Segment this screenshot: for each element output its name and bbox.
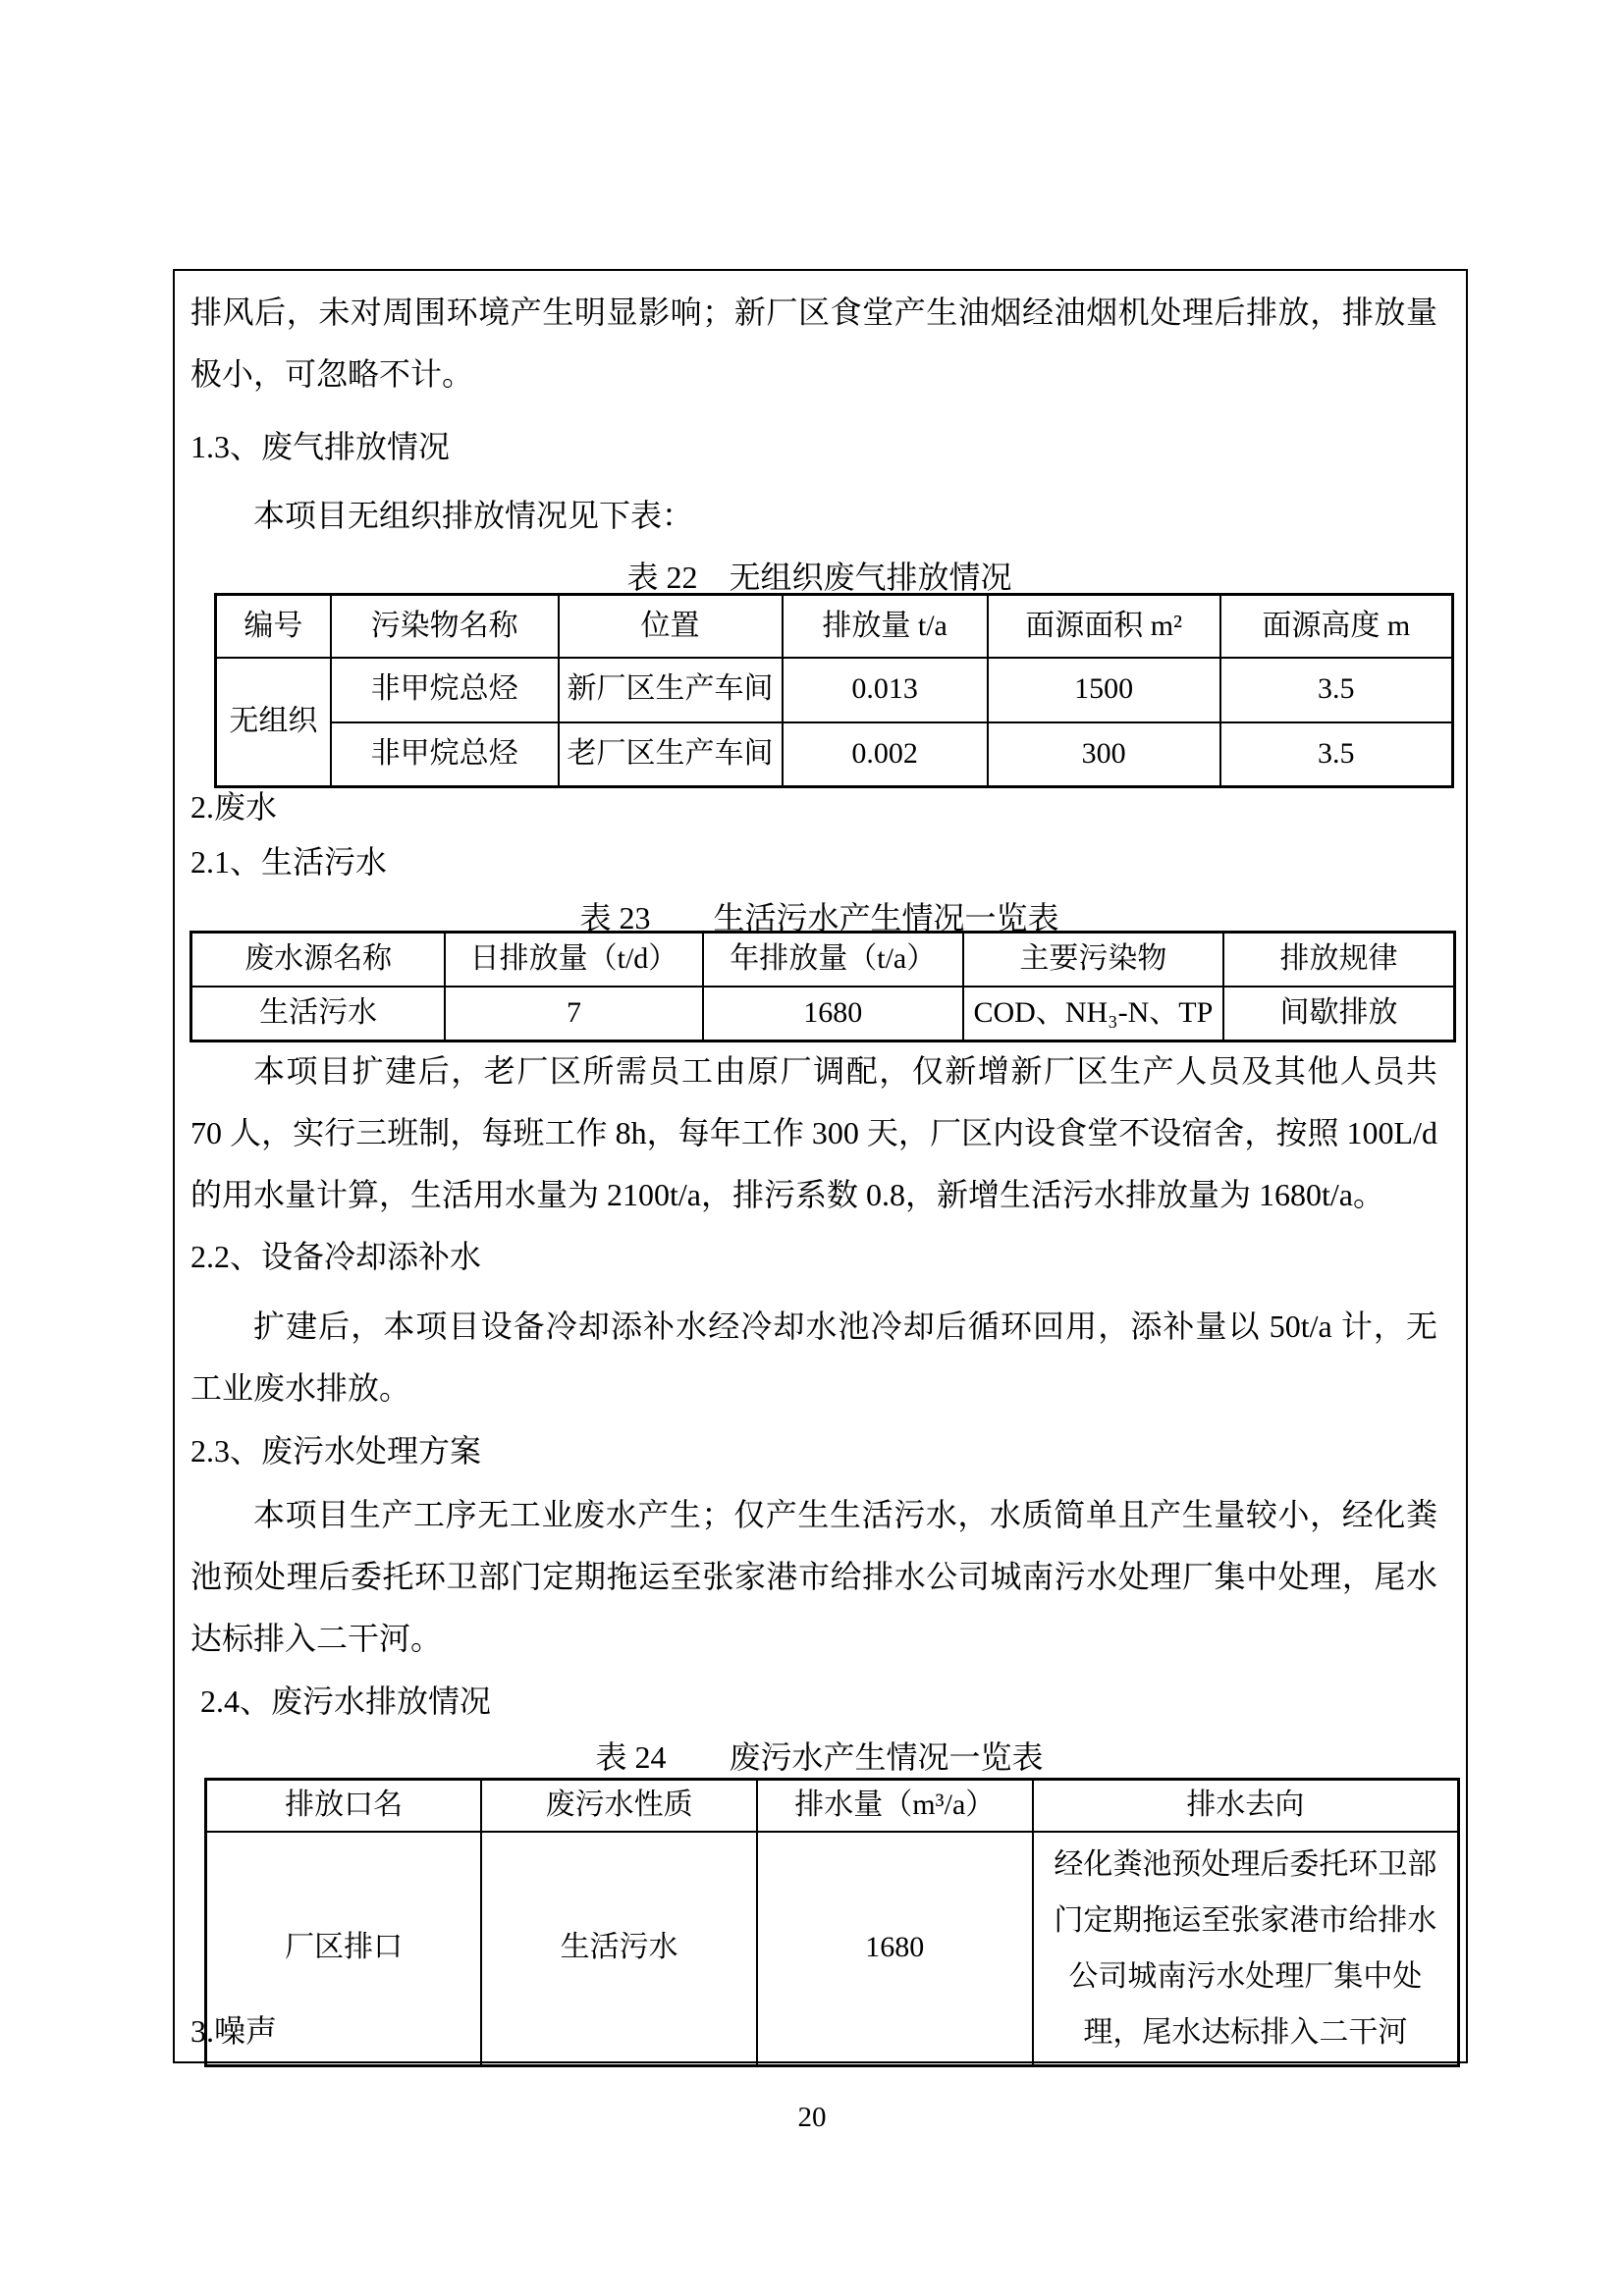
table-cell-row-group-label: 无组织 [216, 658, 331, 787]
table-cell: 1680 [757, 1832, 1033, 2066]
table-23-domestic-sewage: 废水源名称 日排放量（t/d） 年排放量（t/a） 主要污染物 排放规律 生活污… [189, 931, 1456, 1042]
document-page: 排风后，未对周围环境产生明显影响；新厂区食堂产生油烟经油烟机处理后排放，排放量 … [0, 0, 1624, 2296]
heading-2-2-cooling-makeup-water: 2.2、设备冷却添补水 [190, 1226, 481, 1288]
table-header-cell: 面源高度 m [1220, 595, 1453, 658]
paragraph-line: 工业废水排放。 [190, 1358, 1437, 1419]
table-cell: 非甲烷总烃 [331, 658, 559, 722]
table-header-cell: 主要污染物 [963, 933, 1223, 987]
paragraph-oil-fume: 排风后，未对周围环境产生明显影响；新厂区食堂产生油烟经油烟机处理后排放，排放量 … [190, 282, 1437, 405]
table-row: 无组织 非甲烷总烃 新厂区生产车间 0.013 1500 3.5 [216, 658, 1453, 722]
table-24-sewage-discharge: 排放口名 废污水性质 排水量（m³/a） 排水去向 厂区排口 生活污水 1680… [204, 1778, 1460, 2067]
table-header-cell: 排放口名 [206, 1780, 482, 1832]
table-cell: 生活污水 [191, 987, 446, 1041]
table-header-row: 编号 污染物名称 位置 排放量 t/a 面源面积 m² 面源高度 m [216, 595, 1453, 658]
table-header-row: 排放口名 废污水性质 排水量（m³/a） 排水去向 [206, 1780, 1459, 1832]
table-cell: 1500 [988, 658, 1220, 722]
paragraph-line: 本项目生产工序无工业废水产生；仅产生生活污水，水质简单且产生量较小，经化粪 [190, 1484, 1437, 1546]
table-header-cell: 排放量 t/a [783, 595, 988, 658]
table-cell: 新厂区生产车间 [559, 658, 783, 722]
table-cell: 7 [445, 987, 703, 1041]
table-header-cell: 面源面积 m² [988, 595, 1220, 658]
heading-2-wastewater: 2.废水 [190, 776, 277, 838]
table-row: 生活污水 7 1680 COD、NH₃-N、TP 间歇排放 [191, 987, 1455, 1041]
paragraph-line: 扩建后，本项目设备冷却添补水经冷却水池冷却后循环回用，添补量以 50t/a 计，… [190, 1296, 1437, 1358]
table-header-cell: 年排放量（t/a） [703, 933, 963, 987]
table-cell: 300 [988, 722, 1220, 787]
table-cell: 间歇排放 [1223, 987, 1455, 1041]
table-cell: 老厂区生产车间 [559, 722, 783, 787]
page-number: 20 [0, 2102, 1624, 2134]
table-22-fugitive-emissions: 编号 污染物名称 位置 排放量 t/a 面源面积 m² 面源高度 m 无组织 非… [214, 593, 1454, 788]
paragraph-line: 70 人，实行三班制，每班工作 8h，每年工作 300 天，厂区内设食堂不设宿舍… [190, 1102, 1437, 1164]
paragraph-line: 本项目扩建后，老厂区所需员工由原厂调配，仅新增新厂区生产人员及其他人员共 [190, 1041, 1437, 1102]
table-row: 厂区排口 生活污水 1680 经化粪池预处理后委托环卫部门定期拖运至张家港市给排… [206, 1832, 1459, 2066]
table-cell: 0.002 [783, 722, 988, 787]
table-cell-discharge-destination: 经化粪池预处理后委托环卫部门定期拖运至张家港市给排水公司城南污水处理厂集中处理，… [1033, 1832, 1459, 2066]
paragraph-line: 池预处理后委托环卫部门定期拖运至张家港市给排水公司城南污水处理厂集中处理，尾水 [190, 1546, 1437, 1608]
table-cell: 非甲烷总烃 [331, 722, 559, 787]
table-header-cell: 日排放量（t/d） [445, 933, 703, 987]
table-cell: 0.013 [783, 658, 988, 722]
table-header-cell: 排水去向 [1033, 1780, 1459, 1832]
heading-3-noise: 3.噪声 [190, 2003, 277, 2058]
table-header-cell: 排放规律 [1223, 933, 1455, 987]
table-header-row: 废水源名称 日排放量（t/d） 年排放量（t/a） 主要污染物 排放规律 [191, 933, 1455, 987]
paragraph-see-table: 本项目无组织排放情况见下表： [190, 485, 1437, 547]
paragraph-treatment-plan: 本项目生产工序无工业废水产生；仅产生生活污水，水质简单且产生量较小，经化粪 池预… [190, 1484, 1437, 1670]
table-header-cell: 编号 [216, 595, 331, 658]
table-cell: 1680 [703, 987, 963, 1041]
paragraph-line: 极小，可忽略不计。 [190, 344, 1437, 405]
table-header-cell: 污染物名称 [331, 595, 559, 658]
content-border-box: 排风后，未对周围环境产生明显影响；新厂区食堂产生油烟经油烟机处理后排放，排放量 … [173, 269, 1468, 2063]
heading-1-3-waste-gas: 1.3、废气排放情况 [190, 416, 450, 478]
paragraph-line: 本项目无组织排放情况见下表： [190, 485, 1437, 547]
paragraph-cooling-water: 扩建后，本项目设备冷却添补水经冷却水池冷却后循环回用，添补量以 50t/a 计，… [190, 1296, 1437, 1419]
table-row: 非甲烷总烃 老厂区生产车间 0.002 300 3.5 [216, 722, 1453, 787]
table-header-cell: 排水量（m³/a） [757, 1780, 1033, 1832]
heading-2-4-sewage-discharge: 2.4、废污水排放情况 [200, 1671, 491, 1733]
table-cell: 3.5 [1220, 658, 1453, 722]
table-cell: COD、NH₃-N、TP [963, 987, 1223, 1041]
table-cell: 3.5 [1220, 722, 1453, 787]
paragraph-line: 的用水量计算，生活用水量为 2100t/a，排污系数 0.8，新增生活污水排放量… [190, 1164, 1437, 1226]
paragraph-line: 排风后，未对周围环境产生明显影响；新厂区食堂产生油烟经油烟机处理后排放，排放量 [190, 282, 1437, 344]
table-header-cell: 废污水性质 [481, 1780, 757, 1832]
paragraph-staffing-water-use: 本项目扩建后，老厂区所需员工由原厂调配，仅新增新厂区生产人员及其他人员共 70 … [190, 1041, 1437, 1226]
paragraph-line: 达标排入二干河。 [190, 1608, 1437, 1670]
heading-2-1-domestic-sewage: 2.1、生活污水 [190, 831, 387, 893]
heading-2-3-sewage-treatment-plan: 2.3、废污水处理方案 [190, 1420, 481, 1482]
table-24-title: 表 24 废污水产生情况一览表 [175, 1735, 1464, 1780]
table-header-cell: 位置 [559, 595, 783, 658]
table-header-cell: 废水源名称 [191, 933, 446, 987]
table-cell: 生活污水 [481, 1832, 757, 2066]
